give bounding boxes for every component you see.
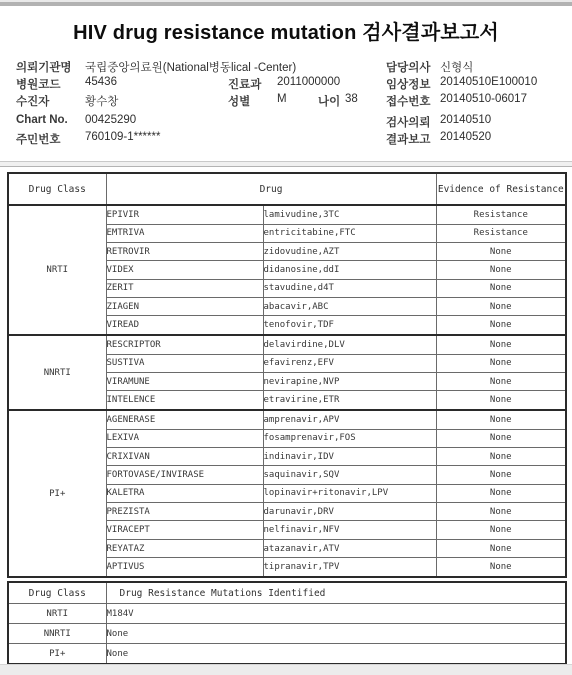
drug-generic-cell: nevirapine,NVP	[263, 373, 436, 391]
drug-brand-cell: RESCRIPTOR	[106, 335, 263, 354]
drug-generic-cell: darunavir,DRV	[263, 503, 436, 521]
drug-header: Drug	[106, 173, 436, 205]
drug-brand-cell: ZIAGEN	[106, 298, 263, 316]
table-row: PI+ AGENERASE amprenavir,APV None	[8, 410, 566, 429]
drug-generic-cell: fosamprenavir,FOS	[263, 429, 436, 447]
drug-brand-cell: PREZISTA	[106, 503, 263, 521]
drug-generic-cell: entricitabine,FTC	[263, 224, 436, 242]
test-requested-value: 20140510	[440, 114, 491, 126]
chart-no-value: 00425290	[85, 114, 136, 126]
physician-value: 신형식	[440, 59, 473, 75]
drug-brand-cell: AGENERASE	[106, 410, 263, 429]
drug-class-cell: NRTI	[8, 205, 106, 335]
resident-id-label: 주민번호	[16, 131, 60, 147]
hospital-code-value: 45436	[85, 76, 117, 88]
evidence-cell: None	[436, 316, 566, 335]
requesting-org-value: 국립중앙의료원(National병동lical -Center)	[85, 59, 296, 75]
evidence-cell: None	[436, 391, 566, 410]
drug-class-cell: NRTI	[8, 604, 106, 624]
drug-generic-cell: lamivudine,3TC	[263, 205, 436, 224]
table-row: NNRTI RESCRIPTOR delavirdine,DLV None	[8, 335, 566, 354]
drug-generic-cell: stavudine,d4T	[263, 279, 436, 297]
evidence-cell: Resistance	[436, 205, 566, 224]
evidence-cell: None	[436, 261, 566, 279]
drug-generic-cell: atazanavir,ATV	[263, 539, 436, 557]
drug-generic-cell: tipranavir,TPV	[263, 558, 436, 577]
drug-generic-cell: lopinavir+ritonavir,LPV	[263, 484, 436, 502]
table-row: NRTI M184V	[8, 604, 566, 624]
mutations-cell: None	[106, 644, 566, 665]
evidence-cell: Resistance	[436, 224, 566, 242]
table-row: NRTI EPIVIR lamivudine,3TC Resistance	[8, 205, 566, 224]
drug-class-cell: PI+	[8, 410, 106, 577]
test-requested-label: 검사의뢰	[386, 114, 430, 130]
section-divider	[0, 161, 572, 167]
clinical-info-value: 20140510E100010	[440, 76, 537, 88]
drug-brand-cell: INTELENCE	[106, 391, 263, 410]
age-value: 38	[345, 93, 358, 105]
mutations-header: Drug Resistance Mutations Identified	[106, 582, 566, 604]
drug-class-cell: NNRTI	[8, 624, 106, 644]
drug-generic-cell: indinavir,IDV	[263, 448, 436, 466]
sex-value: M	[277, 93, 287, 105]
evidence-header: Evidence of Resistance	[436, 173, 566, 205]
requesting-org-label: 의뢰기관명	[16, 59, 72, 75]
sex-label: 성별	[228, 93, 250, 109]
drug-brand-cell: APTIVUS	[106, 558, 263, 577]
evidence-cell: None	[436, 429, 566, 447]
window-bottom-bar	[0, 664, 572, 675]
evidence-cell: None	[436, 466, 566, 484]
evidence-cell: None	[436, 558, 566, 577]
drug-class-cell: NNRTI	[8, 335, 106, 410]
evidence-cell: None	[436, 354, 566, 372]
drug-generic-cell: delavirdine,DLV	[263, 335, 436, 354]
age-label: 나이	[318, 93, 340, 109]
report-page: HIV drug resistance mutation 검사결과보고서 의뢰기…	[0, 0, 572, 675]
drug-brand-cell: SUSTIVA	[106, 354, 263, 372]
drug-brand-cell: LEXIVA	[106, 429, 263, 447]
table-row: NNRTI None	[8, 624, 566, 644]
drug-brand-cell: REYATAZ	[106, 539, 263, 557]
accession-no-label: 접수번호	[386, 93, 430, 109]
patient-info-section: 의뢰기관명 국립중앙의료원(National병동lical -Center) 병…	[0, 0, 572, 162]
resistance-table-header: Drug Class Drug Evidence of Resistance	[8, 173, 566, 205]
evidence-cell: None	[436, 279, 566, 297]
evidence-cell: None	[436, 335, 566, 354]
accession-no-value: 20140510-06017	[440, 93, 527, 105]
evidence-cell: None	[436, 243, 566, 261]
drug-brand-cell: EMTRIVA	[106, 224, 263, 242]
drug-brand-cell: VIDEX	[106, 261, 263, 279]
drug-class-cell: PI+	[8, 644, 106, 665]
drug-brand-cell: EPIVIR	[106, 205, 263, 224]
evidence-cell: None	[436, 410, 566, 429]
drug-brand-cell: VIRACEPT	[106, 521, 263, 539]
drug-brand-cell: KALETRA	[106, 484, 263, 502]
patient-name-value: 황수창	[85, 93, 118, 109]
drug-generic-cell: abacavir,ABC	[263, 298, 436, 316]
mutation-table: Drug Class Drug Resistance Mutations Ide…	[7, 581, 567, 665]
drug-brand-cell: ZERIT	[106, 279, 263, 297]
drug-class-header: Drug Class	[8, 582, 106, 604]
drug-brand-cell: VIREAD	[106, 316, 263, 335]
physician-label: 담당의사	[386, 59, 430, 75]
drug-generic-cell: efavirenz,EFV	[263, 354, 436, 372]
drug-generic-cell: etravirine,ETR	[263, 391, 436, 410]
drug-generic-cell: didanosine,ddI	[263, 261, 436, 279]
evidence-cell: None	[436, 521, 566, 539]
patient-name-label: 수진자	[16, 93, 49, 109]
resident-id-value: 760109-1******	[85, 131, 160, 143]
resistance-table: Drug Class Drug Evidence of Resistance N…	[7, 172, 567, 578]
evidence-cell: None	[436, 484, 566, 502]
drug-brand-cell: RETROVIR	[106, 243, 263, 261]
drug-generic-cell: saquinavir,SQV	[263, 466, 436, 484]
drug-generic-cell: tenofovir,TDF	[263, 316, 436, 335]
department-value: 2011000000	[277, 76, 340, 88]
drug-generic-cell: amprenavir,APV	[263, 410, 436, 429]
drug-generic-cell: zidovudine,AZT	[263, 243, 436, 261]
result-reported-label: 결과보고	[386, 131, 430, 147]
department-label: 진료과	[228, 76, 261, 92]
evidence-cell: None	[436, 373, 566, 391]
drug-brand-cell: FORTOVASE/INVIRASE	[106, 466, 263, 484]
hospital-code-label: 병원코드	[16, 76, 60, 92]
drug-class-header: Drug Class	[8, 173, 106, 205]
mutation-table-header: Drug Class Drug Resistance Mutations Ide…	[8, 582, 566, 604]
clinical-info-label: 임상정보	[386, 76, 430, 92]
table-row: PI+ None	[8, 644, 566, 665]
result-reported-value: 20140520	[440, 131, 491, 143]
drug-brand-cell: VIRAMUNE	[106, 373, 263, 391]
mutations-cell: M184V	[106, 604, 566, 624]
drug-brand-cell: CRIXIVAN	[106, 448, 263, 466]
drug-generic-cell: nelfinavir,NFV	[263, 521, 436, 539]
evidence-cell: None	[436, 539, 566, 557]
evidence-cell: None	[436, 298, 566, 316]
evidence-cell: None	[436, 448, 566, 466]
evidence-cell: None	[436, 503, 566, 521]
mutations-cell: None	[106, 624, 566, 644]
chart-no-label: Chart No.	[16, 114, 68, 126]
